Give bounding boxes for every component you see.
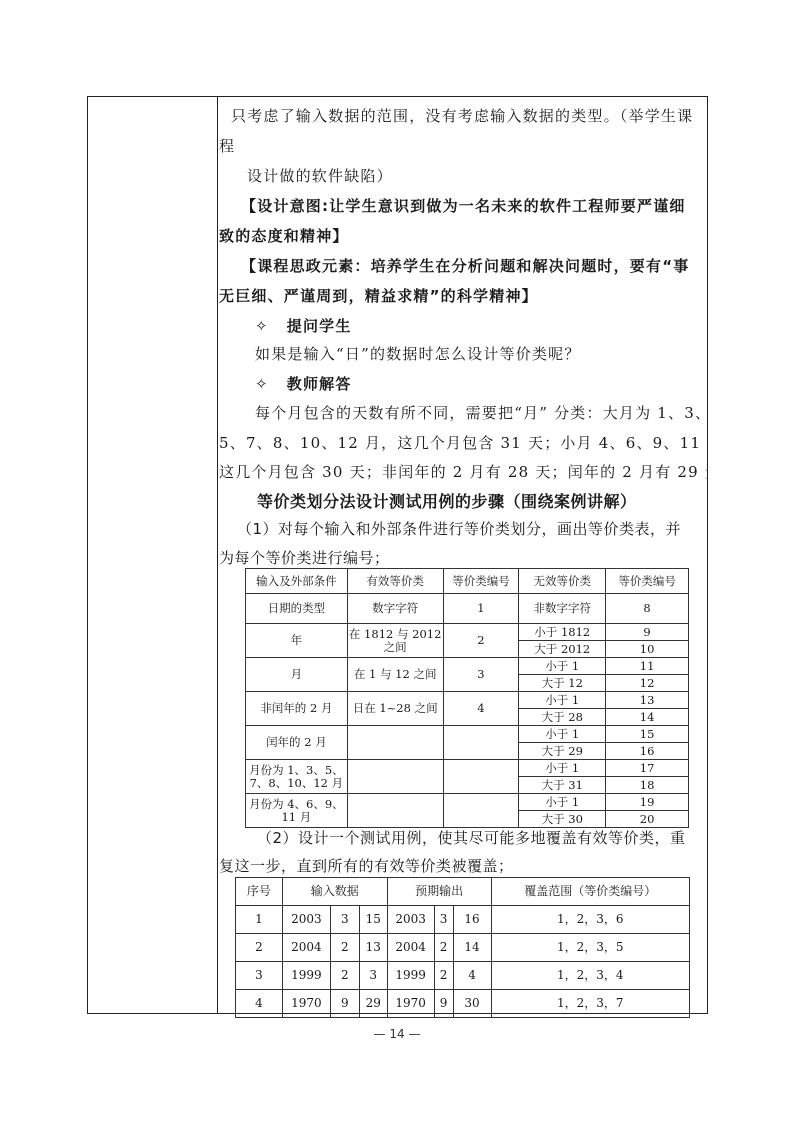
design-intent: 【设计意图:让学生意识到做为一名未来的软件工程师要严谨细 [241,195,686,216]
table-row: 1 2003 3 15 2003 3 16 1，2，3，6 [236,906,690,934]
invalid-class-cell: 小于 1 [519,692,606,709]
table-row: 月 在 1 与 12 之间 3 小于 1 11 [246,658,689,675]
step1-text: 为每个等价类进行编号； [219,547,390,568]
header-cell: 输入及外部条件 [246,569,348,594]
valid-class-cell: 数字字符 [347,594,443,624]
design-intent: 致的态度和精神】 [219,225,349,246]
diamond-bullet-icon: ✧ [255,375,269,393]
invalid-class-cell: 大于 12 [519,675,606,692]
output-month-cell: 2 [434,962,453,990]
valid-id-cell: 4 [443,692,519,726]
invalid-id-cell: 19 [606,794,689,811]
step2-text: 复这一步，直到所有的有效等价类被覆盖； [219,855,514,876]
condition-cell: 日期的类型 [246,594,348,624]
step1-text: （1）对每个输入和外部条件进行等价类划分，画出等价类表，并 [237,518,681,539]
output-year-cell: 1970 [387,990,434,1018]
ideological-element: 【课程思政元素：培养学生在分析问题和解决问题时，要有“事 [241,255,689,276]
case-no-cell: 1 [236,906,283,934]
table-row: 月份为 4、6、9、11 月 小于 1 19 [246,794,689,811]
teacher-answer-title: 教师解答 [287,375,352,393]
output-day-cell: 16 [453,906,491,934]
step2-text: （2）设计一个测试用例，使其尽可能多地覆盖有效等价类，重 [257,827,686,848]
output-month-cell: 9 [434,990,453,1018]
valid-class-cell: 在 1812 与 2012之间 [347,624,443,658]
invalid-class-cell: 非数字字符 [519,594,606,624]
input-year-cell: 2003 [282,906,330,934]
input-day-cell: 13 [359,934,387,962]
input-day-cell: 3 [359,962,387,990]
invalid-id-cell: 11 [606,658,689,675]
header-cell: 序号 [236,878,283,906]
valid-class-cell: 日在 1~28 之间 [347,692,443,726]
invalid-id-cell: 13 [606,692,689,709]
paragraph-line: 只考虑了输入数据的范围，没有考虑输入数据的类型。（举学生课 [231,105,693,126]
equivalence-class-table: 输入及外部条件 有效等价类 等价类编号 无效等价类 等价类编号 日期的类型 数字… [245,568,689,828]
table-row: 年 在 1812 与 2012之间 2 小于 1812 9 [246,624,689,641]
valid-id-cell [443,760,519,794]
answer-line: 5、7、8、10、12 月，这几个月包含 31 天；小月 4、6、9、11 月， [219,432,707,453]
paragraph-line: 程 [219,135,235,156]
output-month-cell: 3 [434,906,453,934]
valid-id-cell: 2 [443,624,519,658]
invalid-id-cell: 8 [606,594,689,624]
output-day-cell: 14 [453,934,491,962]
table-row: 4 1970 9 29 1970 9 30 1，2，3，7 [236,990,690,1018]
condition-cell: 月 [246,658,348,692]
steps-heading: 等价类划分法设计测试用例的步骤（围绕案例讲解） [257,489,637,512]
case-no-cell: 2 [236,934,283,962]
valid-id-cell [443,794,519,828]
invalid-class-cell: 小于 1 [519,726,606,743]
condition-cell: 月份为 1、3、5、7、8、10、12 月 [246,760,348,794]
diamond-bullet-icon: ✧ [255,317,269,335]
table-row: 日期的类型 数字字符 1 非数字字符 8 [246,594,689,624]
condition-cell: 闰年的 2 月 [246,726,348,760]
coverage-cell: 1，2，3，7 [491,990,690,1018]
condition-line: 7、8、10、12 月 [246,777,347,790]
case-no-cell: 3 [236,962,283,990]
invalid-id-cell: 20 [606,811,689,828]
invalid-id-cell: 15 [606,726,689,743]
table-row: 2 2004 2 13 2004 2 14 1，2，3，5 [236,934,690,962]
condition-cell: 月份为 4、6、9、11 月 [246,794,348,828]
ask-question: 如果是输入“日”的数据时怎么设计等价类呢？ [255,343,581,364]
invalid-id-cell: 17 [606,760,689,777]
input-day-cell: 15 [359,906,387,934]
table-header-row: 输入及外部条件 有效等价类 等价类编号 无效等价类 等价类编号 [246,569,689,594]
left-column [88,97,218,1013]
header-cell: 覆盖范围（等价类编号） [491,878,690,906]
valid-id-cell: 1 [443,594,519,624]
header-cell: 等价类编号 [606,569,689,594]
input-year-cell: 1970 [282,990,330,1018]
input-month-cell: 2 [330,962,359,990]
output-month-cell: 2 [434,934,453,962]
coverage-cell: 1，2，3，4 [491,962,690,990]
content-column: 只考虑了输入数据的范围，没有考虑输入数据的类型。（举学生课 程 设计做的软件缺陷… [219,97,707,1013]
header-cell: 等价类编号 [443,569,519,594]
table-row: 3 1999 2 3 1999 2 4 1，2，3，4 [236,962,690,990]
invalid-class-cell: 大于 28 [519,709,606,726]
condition-line: 月份为 4、6、9、 [246,798,347,811]
valid-id-cell [443,726,519,760]
output-day-cell: 4 [453,962,491,990]
header-cell: 预期输出 [387,878,491,906]
valid-class-line: 在 1812 与 2012 [348,628,443,641]
output-year-cell: 2003 [387,906,434,934]
page-number: — 14 — [0,1027,794,1041]
case-no-cell: 4 [236,990,283,1018]
output-year-cell: 1999 [387,962,434,990]
input-year-cell: 1999 [282,962,330,990]
invalid-id-cell: 9 [606,624,689,641]
header-cell: 输入数据 [282,878,387,906]
table-row: 闰年的 2 月 小于 1 15 [246,726,689,743]
table-row: 非闰年的 2 月 日在 1~28 之间 4 小于 1 13 [246,692,689,709]
test-case-table: 序号 输入数据 预期输出 覆盖范围（等价类编号） 1 2003 3 15 200… [235,877,690,1018]
valid-class-cell: 在 1 与 12 之间 [347,658,443,692]
header-cell: 有效等价类 [347,569,443,594]
invalid-id-cell: 10 [606,641,689,658]
invalid-id-cell: 14 [606,709,689,726]
condition-line: 11 月 [246,811,347,824]
input-day-cell: 29 [359,990,387,1018]
valid-class-cell [347,726,443,760]
table-row: 月份为 1、3、5、7、8、10、12 月 小于 1 17 [246,760,689,777]
invalid-class-cell: 小于 1 [519,658,606,675]
valid-id-cell: 3 [443,658,519,692]
invalid-class-cell: 大于 31 [519,777,606,794]
condition-cell: 年 [246,624,348,658]
invalid-id-cell: 16 [606,743,689,760]
header-cell: 无效等价类 [519,569,606,594]
input-month-cell: 9 [330,990,359,1018]
invalid-class-cell: 大于 30 [519,811,606,828]
input-month-cell: 2 [330,934,359,962]
invalid-class-cell: 小于 1 [519,760,606,777]
invalid-class-cell: 小于 1812 [519,624,606,641]
condition-line: 月份为 1、3、5、 [246,764,347,777]
paragraph-line: 设计做的软件缺陷） [247,165,393,186]
answer-line: 每个月包含的天数有所不同，需要把“月” 分类：大月为 1、3、 [255,402,707,423]
valid-class-line: 之间 [348,641,443,654]
ideological-element: 无巨细、严谨周到，精益求精”的科学精神】 [219,285,538,306]
answer-line: 这几个月包含 30 天；非闰年的 2 月有 28 天；闰年的 2 月有 29 天… [219,461,707,482]
coverage-cell: 1，2，3，5 [491,934,690,962]
table-header-row: 序号 输入数据 预期输出 覆盖范围（等价类编号） [236,878,690,906]
invalid-id-cell: 18 [606,777,689,794]
valid-class-cell [347,794,443,828]
valid-class-cell [347,760,443,794]
output-day-cell: 30 [453,990,491,1018]
invalid-class-cell: 小于 1 [519,794,606,811]
input-month-cell: 3 [330,906,359,934]
coverage-cell: 1，2，3，6 [491,906,690,934]
condition-cell: 非闰年的 2 月 [246,692,348,726]
invalid-class-cell: 大于 29 [519,743,606,760]
invalid-id-cell: 12 [606,675,689,692]
ask-student-title: 提问学生 [287,317,352,335]
output-year-cell: 2004 [387,934,434,962]
input-year-cell: 2004 [282,934,330,962]
invalid-class-cell: 大于 2012 [519,641,606,658]
